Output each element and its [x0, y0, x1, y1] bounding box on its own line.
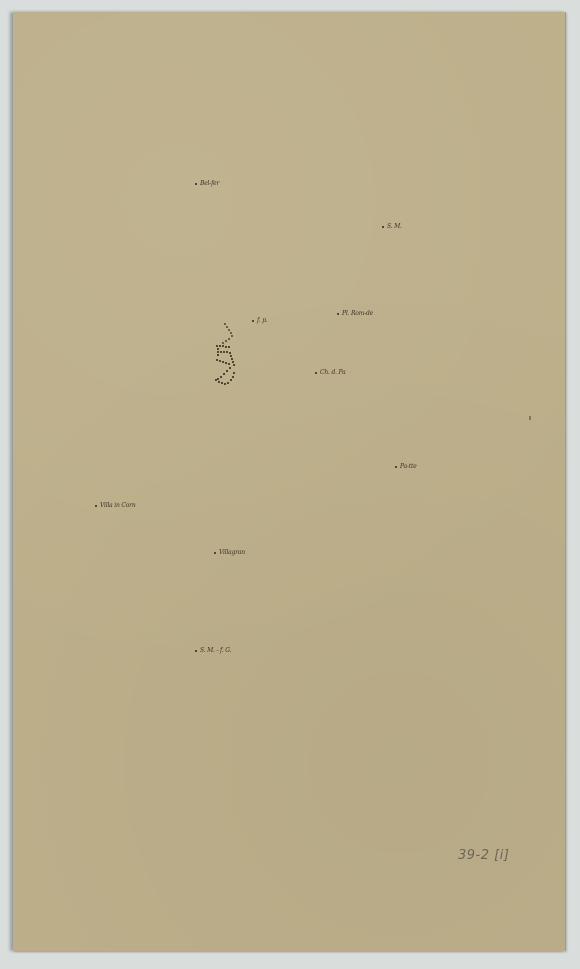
dotted-route-glyph-icon — [212, 320, 252, 390]
ink-speck — [529, 416, 531, 420]
settlement-dot-icon — [195, 183, 197, 185]
place-label: Ch. d. Pa — [315, 369, 345, 376]
place-label: f. p. — [252, 317, 268, 324]
place-label: Villa in Corn — [95, 502, 136, 509]
settlement-dot-icon — [382, 226, 384, 228]
place-label: Pl. Rom-de — [337, 310, 373, 317]
settlement-dot-icon — [337, 313, 339, 315]
settlement-dot-icon — [252, 320, 254, 322]
settlement-dot-icon — [195, 650, 197, 652]
place-label: Pa-tte — [395, 463, 417, 470]
catalog-number: 39-2 [i] — [458, 848, 509, 863]
settlement-dot-icon — [315, 372, 317, 374]
place-label: S. M. — [382, 223, 402, 230]
place-label: Bel-fer — [195, 180, 219, 187]
place-label: S. M. - f. G. — [195, 647, 231, 654]
place-label: Villagran — [214, 549, 245, 556]
settlement-dot-icon — [214, 552, 216, 554]
map-sheet: Bel-fer S. M. f. p. Pl. Rom-de Ch. d. Pa… — [13, 12, 566, 951]
settlement-dot-icon — [395, 466, 397, 468]
settlement-dot-icon — [95, 505, 97, 507]
